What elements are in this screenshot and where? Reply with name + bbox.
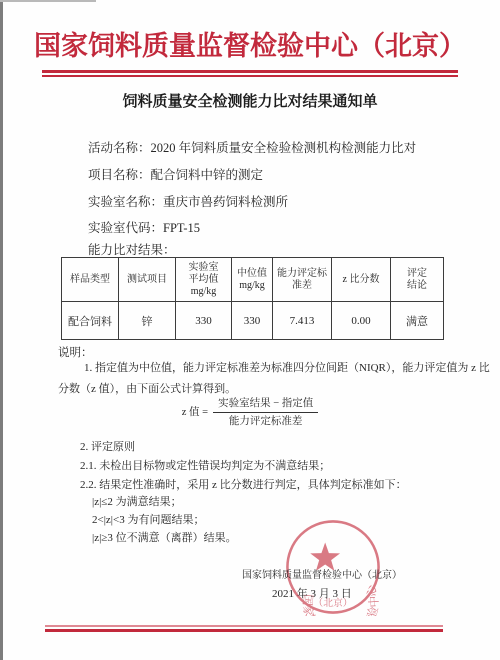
document-page: 国家饲料质量监督检验中心（北京） 饲料质量安全检测能力比对结果通知单 活动名称：… [0,0,500,660]
footer-date: 2021 年 3 月 3 日 [272,588,352,602]
cell-median: 330 [232,302,273,340]
footer-rule-thick [45,629,443,632]
info-lab-name: 实验室名称：重庆市兽药饲料检测所 [88,195,288,211]
col-conclusion: 评定 结论 [391,258,444,302]
col-z-score: z 比分数 [332,258,391,302]
info-project-name: 项目名称：配合饲料中锌的测定 [88,168,263,184]
scan-edge-top [0,0,96,2]
header-rule-thick [42,70,458,73]
cell-assigned-sd: 7.413 [273,302,332,340]
note-2-title: 2. 评定原则 [80,441,135,455]
criterion-satisfactory: |z|≤2 为满意结果； [92,496,182,510]
footer-org-name: 国家饲料质量监督检验中心（北京） [242,570,402,583]
footer-rule-thin [45,625,443,627]
note-1-line-2: 分数（z 值），由下面公式计算得到。 [58,383,236,397]
z-score-formula: z 值 = 实验室结果 − 指定值 能力评定标准差 [0,397,500,428]
col-lab-mean: 实验室 平均值 mg/kg [176,258,232,302]
criterion-unsatisfactory: |z|≥3 位不满意（离群）结果。 [92,532,237,546]
cell-z-score: 0.00 [332,302,391,340]
seal-star-icon [310,543,340,571]
col-sample-type: 样品类型 [62,258,119,302]
header-rule-thin [42,75,458,77]
cell-sample-type: 配合饲料 [62,302,119,340]
org-title: 国家饲料质量监督检验中心（北京） [0,30,500,64]
col-assigned-sd: 能力评定标 准差 [273,258,332,302]
notes-label: 说明： [58,346,93,360]
doc-subtitle: 饲料质量安全检测能力比对结果通知单 [0,93,500,112]
note-1-line-1: 1. 指定值为中位值，能力评定标准差为标准四分位间距（NIQR），能力评定值为 … [84,362,490,376]
formula-denominator: 能力评定标准差 [213,412,318,428]
formula-lhs: z 值 = [182,406,208,419]
table-row: 配合饲料 锌 330 330 7.413 0.00 满意 [62,302,444,340]
cell-lab-mean: 330 [176,302,232,340]
result-table: 样品类型 测试项目 实验室 平均值 mg/kg 中位值 mg/kg 能力评定标 … [61,257,444,340]
table-header-row: 样品类型 测试项目 实验室 平均值 mg/kg 中位值 mg/kg 能力评定标 … [62,258,444,302]
info-lab-code: 实验室代码：FPT-15 [88,221,200,237]
col-median: 中位值 mg/kg [232,258,273,302]
formula-fraction: 实验室结果 − 指定值 能力评定标准差 [213,397,318,428]
info-activity-name: 活动名称：2020 年饲料质量安全检验检测机构检测能力比对 [88,141,416,157]
criterion-questionable: 2<|z|<3 为有问题结果； [92,514,204,528]
cell-test-item: 锌 [119,302,176,340]
note-2-2: 2.2. 结果定性准确时，采用 z 比分数进行判定，具体判定标准如下： [80,479,407,493]
cell-conclusion: 满意 [391,302,444,340]
formula-numerator: 实验室结果 − 指定值 [213,397,318,412]
note-2-1: 2.1. 未检出目标物或定性错误均判定为不满意结果； [80,460,330,474]
col-test-item: 测试项目 [119,258,176,302]
